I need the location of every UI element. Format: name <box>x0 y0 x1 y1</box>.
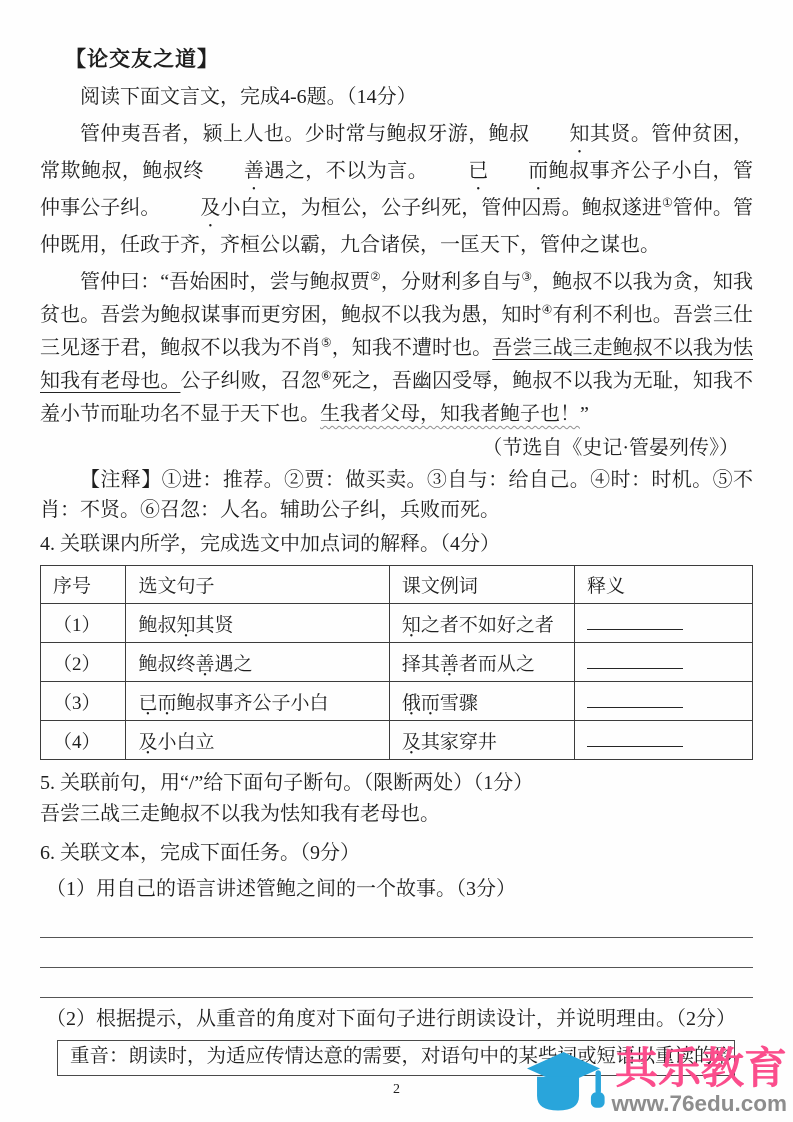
answer-lines <box>40 908 753 998</box>
table-header-cell: 释义 <box>574 566 752 604</box>
emphasized-text: 善 <box>195 654 214 675</box>
table-row: （1）鲍叔知其贤知之者不如好之者 <box>41 604 753 643</box>
emphasized-text: 已而 <box>138 693 176 714</box>
textbook-example-cell: 俄而雪骤 <box>389 682 574 721</box>
q4-table: 序号选文句子课文例词释义 （1）鲍叔知其贤知之者不如好之者（2）鲍叔终善遇之择其… <box>40 565 753 760</box>
table-header-row: 序号选文句子课文例词释义 <box>41 566 753 604</box>
wavy-underlined-text: 生我者父母，知我者鲍子也！ <box>320 403 580 425</box>
emphasized-text: 已而 <box>428 160 548 182</box>
question-6-stem: 6. 关联文本，完成下面任务。（9分） <box>40 838 753 868</box>
emphasized-text: 善 <box>204 160 264 182</box>
note-reference: ② <box>370 269 381 283</box>
section-title: 【论交友之道】 <box>40 44 753 74</box>
q5-sentence: 吾尝三战三走鲍叔不以我为怯知我有老母也。 <box>40 798 753 830</box>
note-reference: ④ <box>542 302 553 316</box>
answer-blank <box>587 610 683 630</box>
table-header-cell: 序号 <box>41 566 126 604</box>
emphasized-text: 及 <box>138 732 157 753</box>
emphasized-text: 知 <box>402 615 421 636</box>
selection-sentence-cell: 鲍叔终善遇之 <box>126 643 389 682</box>
definition-cell <box>574 643 752 682</box>
selection-sentence-cell: 已而鲍叔事齐公子小白 <box>126 682 389 721</box>
passage-paragraph-2: 管仲曰：“吾始困时，尝与鲍叔贾②，分财利多自与③，鲍叔不以我为贪，知我贫也。吾尝… <box>40 266 753 431</box>
table-header-cell: 课文例词 <box>389 566 574 604</box>
row-number-cell: （1） <box>41 604 126 643</box>
brand-url: www.76edu.com <box>612 1093 787 1116</box>
selection-sentence-cell: 鲍叔知其贤 <box>126 604 389 643</box>
textbook-example-cell: 知之者不如好之者 <box>389 604 574 643</box>
brand-name: 其乐教育 <box>615 1048 787 1091</box>
brand-logo: 其乐教育 www.76edu.com <box>519 1038 791 1122</box>
answer-line <box>40 938 753 968</box>
table-row: （3）已而鲍叔事齐公子小白俄而雪骤 <box>41 682 753 721</box>
note-reference: ① <box>662 195 673 209</box>
page-number: 2 <box>393 1082 400 1098</box>
emphasized-text: 知 <box>530 123 590 145</box>
note-reference: ③ <box>521 269 532 283</box>
question-6-2-stem: （2）根据提示，从重音的角度对下面句子进行朗读设计，并说明理由。（2分） <box>40 1004 753 1034</box>
question-6-1-stem: （1）用自己的语言讲述管鲍之间的一个故事。（3分） <box>40 874 753 904</box>
footnotes: 【注释】①进：推荐。②贾：做买卖。③自与：给自己。④时：时机。⑤不肖：不贤。⑥召… <box>40 465 753 525</box>
selection-sentence-cell: 及小白立 <box>126 721 389 760</box>
definition-cell <box>574 721 752 760</box>
answer-line <box>40 908 753 938</box>
note-reference: ⑤ <box>321 335 332 349</box>
emphasized-text: 俄而 <box>402 693 440 714</box>
definition-cell <box>574 682 752 721</box>
note-reference: ⑥ <box>321 368 332 382</box>
row-number-cell: （4） <box>41 721 126 760</box>
exam-page: 【论交友之道】 阅读下面文言文，完成4-6题。（14分） 管仲夷吾者，颍上人也。… <box>0 0 793 1122</box>
passage-source: （节选自《史记·管晏列传》） <box>40 433 753 463</box>
answer-blank <box>587 649 683 669</box>
table-header-cell: 选文句子 <box>126 566 389 604</box>
answer-blank <box>587 727 683 747</box>
row-number-cell: （3） <box>41 682 126 721</box>
answer-blank <box>587 688 683 708</box>
passage-paragraph-1: 管仲夷吾者，颍上人也。少时常与鲍叔牙游，鲍叔知其贤。管仲贫困，常欺鲍叔，鲍叔终善… <box>40 116 753 264</box>
question-4-stem: 4. 关联课内所学，完成选文中加点词的解释。（4分） <box>40 529 753 559</box>
emphasized-text: 知 <box>176 615 195 636</box>
emphasized-text: 善 <box>440 654 459 675</box>
question-5-stem: 5. 关联前句，用“/”给下面句子断句。（限断两处）（1分） <box>40 768 753 798</box>
graduation-cap-icon <box>527 1052 611 1116</box>
row-number-cell: （2） <box>41 643 126 682</box>
textbook-example-cell: 择其善者而从之 <box>389 643 574 682</box>
intro-line: 阅读下面文言文，完成4-6题。（14分） <box>40 82 753 112</box>
textbook-example-cell: 及其家穿井 <box>389 721 574 760</box>
table-row: （2）鲍叔终善遇之择其善者而从之 <box>41 643 753 682</box>
definition-cell <box>574 604 752 643</box>
answer-line <box>40 968 753 998</box>
emphasized-text: 及 <box>402 732 421 753</box>
emphasized-text: 及 <box>160 197 220 219</box>
table-row: （4）及小白立及其家穿井 <box>41 721 753 760</box>
